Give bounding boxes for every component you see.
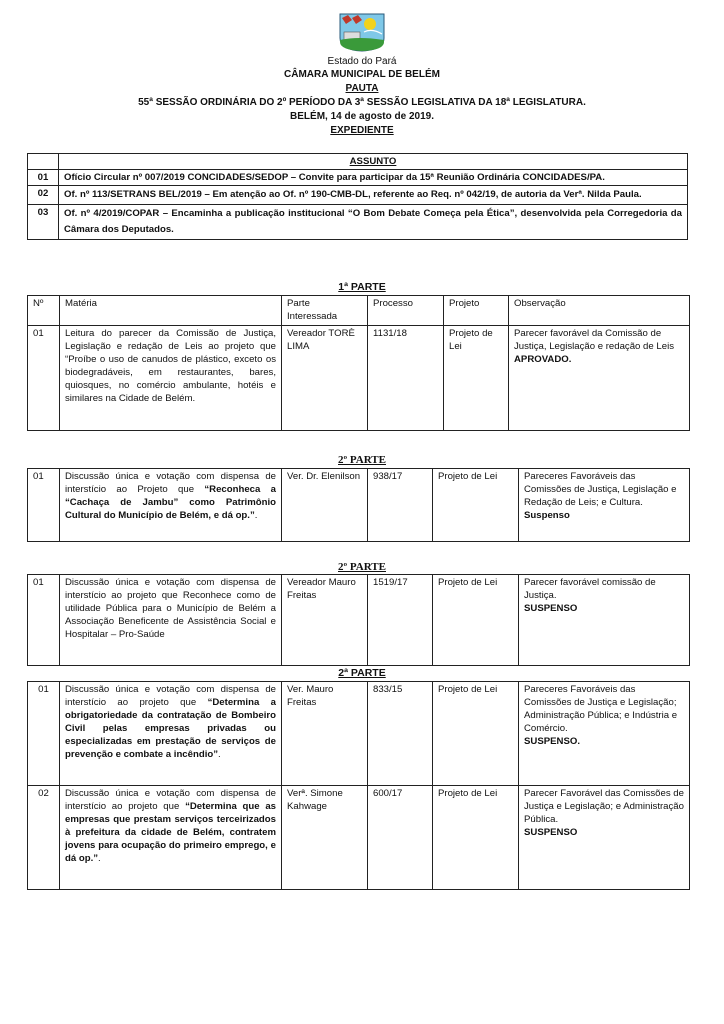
assunto-header: ASSUNTO xyxy=(59,154,688,170)
parte-1-table: Nº Matéria Parte Interessada Processo Pr… xyxy=(27,295,690,431)
projeto-type: Projeto de Lei xyxy=(433,786,519,890)
observacao: Parecer favorável da Comissão de Justiça… xyxy=(509,326,690,431)
materia-tail: . xyxy=(218,749,221,760)
processo-number: 1131/18 xyxy=(368,326,444,431)
column-header: Observação xyxy=(509,296,690,326)
row-number: 01 xyxy=(28,326,60,431)
projeto-type: Projeto de Lei xyxy=(444,326,509,431)
observacao-text: Pareceres Favoráveis das Comissões de Ju… xyxy=(524,684,677,734)
assunto-text: Of. nº 113/SETRANS BEL/2019 – Em atenção… xyxy=(59,186,688,205)
column-header: Nº xyxy=(28,296,60,326)
processo-number: 938/17 xyxy=(368,469,433,542)
section-heading-parte-2c: 2ª PARTE xyxy=(0,667,724,680)
assunto-text: Of. nº 4/2019/COPAR – Encaminha a public… xyxy=(59,205,688,240)
status-text: APROVADO. xyxy=(514,354,571,365)
observacao-text: Parecer favorável da Comissão de Justiça… xyxy=(514,328,674,352)
date-line: BELÉM, 14 de agosto de 2019. xyxy=(0,110,724,123)
table-row: 01 Leitura do parecer da Comissão de Jus… xyxy=(28,326,690,431)
parte-interessada: Ver. Mauro Freitas xyxy=(282,682,368,786)
section-heading-parte-2a: 2º PARTE xyxy=(0,454,724,467)
parte-interessada: Ver. Dr. Elenilson xyxy=(282,469,368,542)
projeto-type: Projeto de Lei xyxy=(433,575,519,666)
table-row: 01 Ofício Circular nº 007/2019 CONCIDADE… xyxy=(28,170,688,186)
observacao-text: Pareceres Favoráveis das Comissões de Ju… xyxy=(524,471,677,508)
parte-2a-table: 01 Discussão única e votação com dispens… xyxy=(27,468,690,542)
row-number: 02 xyxy=(28,786,60,890)
status-text: SUSPENSO xyxy=(524,827,577,838)
parte-2b-table: 01 Discussão única e votação com dispens… xyxy=(27,574,690,666)
projeto-type: Projeto de Lei xyxy=(433,682,519,786)
processo-number: 833/15 xyxy=(368,682,433,786)
status-text: Suspenso xyxy=(524,510,570,521)
row-number: 01 xyxy=(28,469,60,542)
table-row: 03 Of. nº 4/2019/COPAR – Encaminha a pub… xyxy=(28,205,688,240)
materia-text: Discussão única e votação com dispensa d… xyxy=(60,786,282,890)
table-row: 02 Of. nº 113/SETRANS BEL/2019 – Em aten… xyxy=(28,186,688,205)
section-heading-parte-1: 1ª PARTE xyxy=(0,281,724,294)
observacao: Pareceres Favoráveis das Comissões de Ju… xyxy=(519,682,690,786)
chamber-name: CÂMARA MUNICIPAL DE BELÉM xyxy=(0,68,724,81)
processo-number: 600/17 xyxy=(368,786,433,890)
observacao-text: Parecer Favorável das Comissões de Justi… xyxy=(524,788,684,825)
session-title: 55ª SESSÃO ORDINÁRIA DO 2º PERÍODO DA 3ª… xyxy=(0,96,724,109)
row-number: 02 xyxy=(28,186,59,205)
materia-text: Discussão única e votação com dispensa d… xyxy=(60,469,282,542)
column-header: Parte Interessada xyxy=(282,296,368,326)
parte-interessada: Vereador Mauro Freitas xyxy=(282,575,368,666)
row-number: 01 xyxy=(28,575,60,666)
table-header-row: Nº Matéria Parte Interessada Processo Pr… xyxy=(28,296,690,326)
table-row: 01 Discussão única e votação com dispens… xyxy=(28,575,690,666)
observacao: Pareceres Favoráveis das Comissões de Ju… xyxy=(519,469,690,542)
observacao: Parecer Favorável das Comissões de Justi… xyxy=(519,786,690,890)
materia-text: Discussão única e votação com dispensa d… xyxy=(60,682,282,786)
status-text: SUSPENSO. xyxy=(524,736,580,747)
document-type: PAUTA xyxy=(0,82,724,95)
materia-text: Discussão única e votação com dispensa d… xyxy=(60,575,282,666)
expediente-heading: EXPEDIENTE xyxy=(0,124,724,137)
observacao: Parecer favorável comissão de Justiça. S… xyxy=(519,575,690,666)
municipal-coat-of-arms-icon xyxy=(338,12,386,52)
parte-interessada: Verª. Simone Kahwage xyxy=(282,786,368,890)
parte-2c-table: 01 Discussão única e votação com dispens… xyxy=(27,681,690,890)
section-heading-parte-2b: 2º PARTE xyxy=(0,561,724,574)
row-number: 01 xyxy=(28,170,59,186)
row-number: 03 xyxy=(28,205,59,240)
processo-number: 1519/17 xyxy=(368,575,433,666)
table-row: 02 Discussão única e votação com dispens… xyxy=(28,786,690,890)
observacao-text: Parecer favorável comissão de Justiça. xyxy=(524,577,656,601)
table-row: 01 Discussão única e votação com dispens… xyxy=(28,469,690,542)
expediente-table: ASSUNTO 01 Ofício Circular nº 007/2019 C… xyxy=(27,153,688,240)
column-header: Processo xyxy=(368,296,444,326)
projeto-type: Projeto de Lei xyxy=(433,469,519,542)
table-header-row: ASSUNTO xyxy=(28,154,688,170)
materia-tail: . xyxy=(255,510,258,521)
row-number: 01 xyxy=(28,682,60,786)
parte-interessada: Vereador TORÈ LIMA xyxy=(282,326,368,431)
assunto-text: Ofício Circular nº 007/2019 CONCIDADES/S… xyxy=(59,170,688,186)
column-header: Matéria xyxy=(60,296,282,326)
table-row: 01 Discussão única e votação com dispens… xyxy=(28,682,690,786)
column-header: Projeto xyxy=(444,296,509,326)
materia-tail: . xyxy=(98,853,101,864)
status-text: SUSPENSO xyxy=(524,603,577,614)
state-name: Estado do Pará xyxy=(0,55,724,68)
materia-text: Leitura do parecer da Comissão de Justiç… xyxy=(60,326,282,431)
